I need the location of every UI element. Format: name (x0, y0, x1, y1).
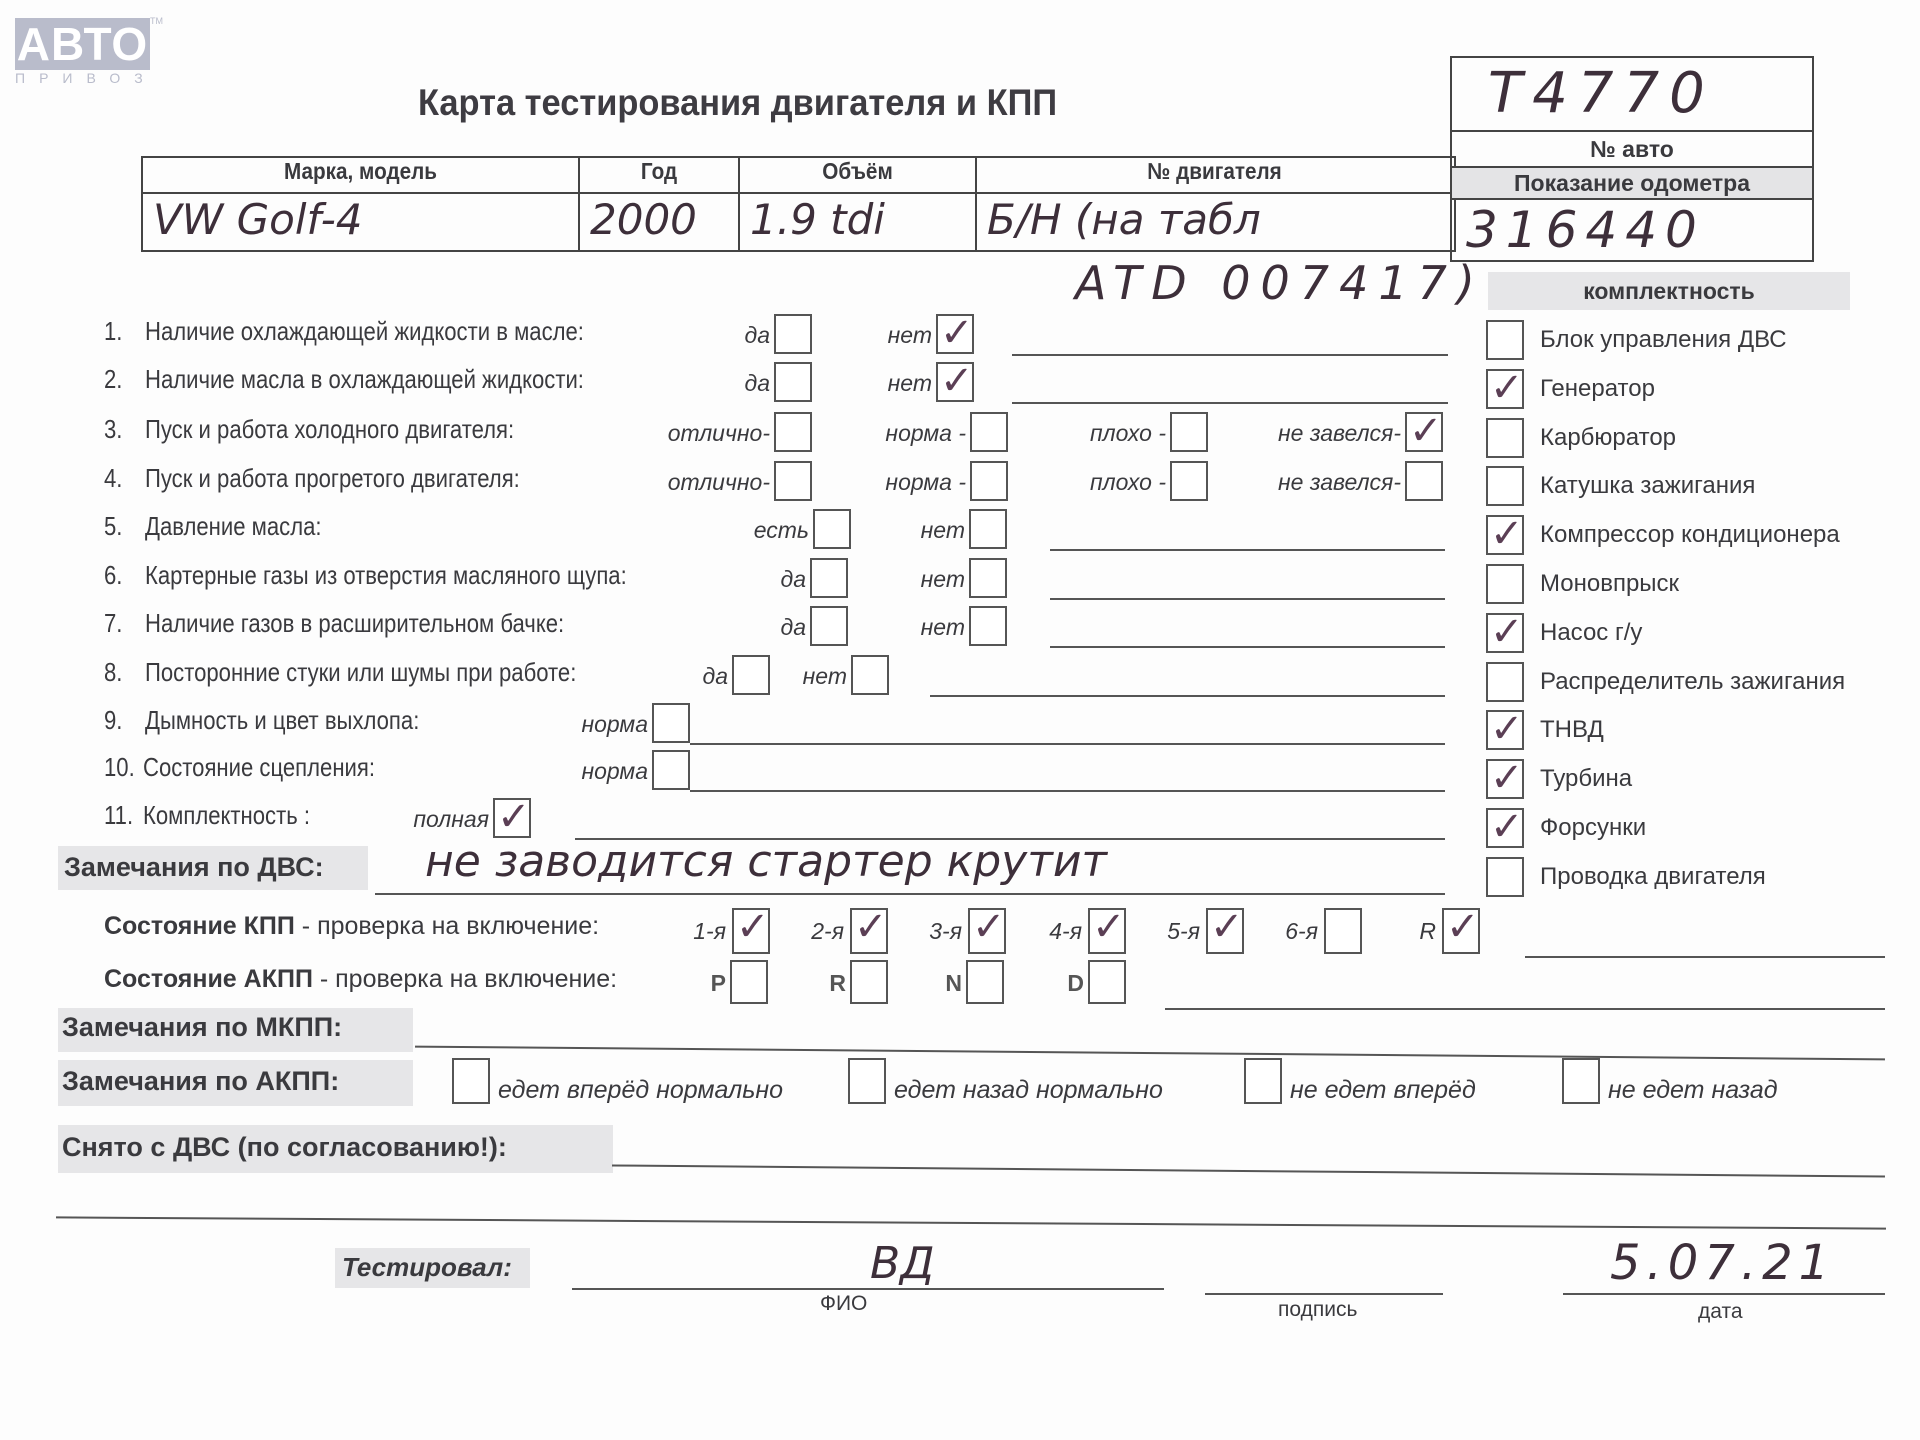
kit-item-label: Проводка двигателя (1540, 863, 1766, 891)
akpp-remark-label: не едет вперёд (1290, 1076, 1476, 1105)
akpp-remark-label: не едет назад (1608, 1076, 1778, 1105)
kit-item-label: Насос г/у (1540, 619, 1642, 647)
check-3-label: Пуск и работа холодного двигателя: (145, 414, 514, 445)
akpp-remark-checkbox[interactable] (1562, 1058, 1600, 1104)
akpp-remark-checkbox[interactable] (1244, 1058, 1282, 1104)
check-9-label: Дымность и цвет выхлопа: (145, 705, 419, 736)
check-11-number: 11. (104, 800, 133, 831)
check-6-notes-line[interactable] (1050, 598, 1445, 600)
removed-label: Снято с ДВС (по согласованию!): (62, 1132, 507, 1163)
gear-checkbox[interactable] (1088, 908, 1126, 954)
check-4-number: 4. (104, 463, 122, 494)
logo: АВТО (15, 18, 150, 70)
check-2-option-label: да (744, 370, 770, 397)
gear-label: 3-я (929, 918, 962, 945)
check-7-option-label: да (780, 614, 806, 641)
kit-checkbox[interactable] (1486, 613, 1524, 653)
kit-item-label: ТНВД (1540, 716, 1604, 744)
akpp-position-checkbox[interactable] (966, 960, 1004, 1004)
check-11-checkbox[interactable] (493, 798, 531, 838)
odometer-label: Показание одометра (1452, 168, 1812, 200)
kit-checkbox[interactable] (1486, 515, 1524, 555)
divider (56, 1216, 1886, 1229)
check-3-option-label: норма - (885, 420, 966, 447)
car-info-box: T4770 № авто Показание одометра 316440 (1450, 56, 1814, 262)
check-4-checkbox[interactable] (774, 461, 812, 501)
kit-header: комплектность (1488, 278, 1850, 305)
kit-item-label: Блок управления ДВС (1540, 326, 1787, 354)
tested-by-label: Тестировал: (342, 1252, 512, 1283)
engine-no-field[interactable]: Б/Н (на табл (977, 192, 1452, 248)
kit-checkbox[interactable] (1486, 662, 1524, 702)
date-line (1563, 1293, 1885, 1295)
kit-checkbox[interactable] (1486, 710, 1524, 750)
kit-item-label: Катушка зажигания (1540, 472, 1755, 500)
check-3-option-label: отлично- (668, 420, 770, 447)
check-3-option-label: не завелся- (1278, 420, 1401, 447)
akpp-remark-label: едет вперёд нормально (498, 1076, 783, 1105)
check-11-label: Комплектность : (143, 800, 310, 831)
check-5-checkbox[interactable] (969, 509, 1007, 549)
kit-checkbox[interactable] (1486, 857, 1524, 897)
check-10-notes-line[interactable] (690, 790, 1445, 792)
check-7-checkbox[interactable] (810, 606, 848, 646)
check-9-notes-line[interactable] (690, 743, 1445, 745)
akpp-label: Состояние АКПП - проверка на включение: (104, 965, 617, 994)
check-7-option-label: нет (921, 614, 965, 641)
check-1-notes-line[interactable] (1012, 354, 1448, 356)
check-9-number: 9. (104, 705, 122, 736)
check-8-notes-line[interactable] (930, 695, 1445, 697)
check-4-checkbox[interactable] (970, 461, 1008, 501)
name-line (572, 1288, 1164, 1290)
check-7-checkbox[interactable] (969, 606, 1007, 646)
signature-line[interactable] (1205, 1293, 1443, 1295)
check-8-checkbox[interactable] (732, 655, 770, 695)
gear-label: 1-я (693, 918, 726, 945)
check-3-checkbox[interactable] (774, 412, 812, 452)
gear-checkbox[interactable] (968, 908, 1006, 954)
gear-checkbox[interactable] (850, 908, 888, 954)
check-4-checkbox[interactable] (1170, 461, 1208, 501)
col-year: Год 2000 (580, 158, 740, 250)
kit-item-label: Компрессор кондиционера (1540, 521, 1840, 549)
check-3-number: 3. (104, 414, 122, 445)
check-4-option-label: норма - (885, 469, 966, 496)
tester-name-field[interactable]: ВД (870, 1238, 935, 1289)
check-1-label: Наличие охлаждающей жидкости в масле: (145, 316, 584, 347)
akpp-remark-label: едет назад нормально (894, 1076, 1163, 1105)
check-1-number: 1. (104, 316, 122, 347)
header-model: Марка, модель (165, 158, 557, 192)
check-3-checkbox[interactable] (1170, 412, 1208, 452)
odometer-field[interactable]: 316440 (1452, 200, 1812, 260)
check-9-checkbox[interactable] (652, 703, 690, 743)
check-3-checkbox[interactable] (970, 412, 1008, 452)
akpp-position-checkbox[interactable] (730, 960, 768, 1004)
gear-label: 6-я (1285, 918, 1318, 945)
check-6-option-label: да (780, 566, 806, 593)
kpp-label-bold: Состояние КПП (104, 912, 295, 940)
kit-item-label: Форсунки (1540, 814, 1646, 842)
check-2-option-label: нет (888, 370, 932, 397)
check-2-checkbox[interactable] (936, 362, 974, 402)
car-number-label: № авто (1452, 132, 1812, 168)
check-8-checkbox[interactable] (851, 655, 889, 695)
kit-item-label: Турбина (1540, 765, 1632, 793)
col-engine-no: № двигателя Б/Н (на табл (977, 158, 1452, 250)
check-8-option-label: да (702, 663, 728, 690)
check-8-label: Посторонние стуки или шумы при работе: (145, 657, 576, 688)
col-volume: Объём 1.9 tdi (740, 158, 977, 250)
header-year: Год (588, 158, 730, 192)
gear-checkbox[interactable] (1206, 908, 1244, 954)
gear-label: 2-я (811, 918, 844, 945)
kit-checkbox[interactable] (1486, 418, 1524, 458)
engine-no-continuation: ATD 007417) (1075, 256, 1485, 310)
akpp-position-label: D (1067, 970, 1084, 997)
logo-trademark: TM (150, 16, 163, 26)
check-2-label: Наличие масла в охлаждающей жидкости: (145, 364, 584, 395)
check-9-option-label: норма (581, 711, 648, 738)
kit-checkbox[interactable] (1486, 564, 1524, 604)
check-3-checkbox[interactable] (1405, 412, 1443, 452)
check-3-option-label: плохо - (1090, 420, 1166, 447)
check-5-label: Давление масла: (145, 511, 322, 542)
check-7-label: Наличие газов в расширительном бачке: (145, 608, 564, 639)
akpp-remarks-label: Замечания по АКПП: (62, 1066, 339, 1097)
akpp-remark-checkbox[interactable] (848, 1058, 886, 1104)
kit-checkbox[interactable] (1486, 466, 1524, 506)
akpp-position-label: P (711, 970, 726, 997)
check-2-number: 2. (104, 364, 122, 395)
akpp-label-bold: Состояние АКПП (104, 965, 313, 993)
year-field[interactable]: 2000 (580, 192, 738, 248)
check-7-notes-line[interactable] (1050, 646, 1445, 648)
date-caption: дата (1698, 1300, 1743, 1324)
check-5-checkbox[interactable] (813, 509, 851, 549)
check-6-option-label: нет (921, 566, 965, 593)
volume-field[interactable]: 1.9 tdi (740, 192, 975, 248)
gear-label: R (1419, 918, 1436, 945)
check-1-checkbox[interactable] (774, 314, 812, 354)
header-engine-no: № двигателя (1001, 158, 1429, 192)
check-2-checkbox[interactable] (774, 362, 812, 402)
check-6-number: 6. (104, 560, 122, 591)
gear-label: 5-я (1167, 918, 1200, 945)
akpp-line (1165, 1008, 1885, 1010)
engine-remarks-field[interactable]: не заводится стартер крутит (425, 836, 1107, 887)
akpp-position-label: N (945, 970, 962, 997)
gear-label: 4-я (1049, 918, 1082, 945)
model-field[interactable]: VW Golf-4 (143, 192, 578, 248)
mkpp-remarks-label: Замечания по МКПП: (62, 1012, 342, 1043)
gear-checkbox[interactable] (732, 908, 770, 954)
kit-item-label: Генератор (1540, 375, 1655, 403)
mkpp-remarks-line[interactable] (415, 1046, 1885, 1061)
date-field[interactable]: 5.07.21 (1610, 1235, 1835, 1291)
kit-checkbox[interactable] (1486, 759, 1524, 799)
check-2-notes-line[interactable] (1012, 402, 1448, 404)
check-8-option-label: нет (803, 663, 847, 690)
kit-checkbox[interactable] (1486, 320, 1524, 360)
vehicle-table: Марка, модель VW Golf-4 Год 2000 Объём 1… (141, 156, 1456, 252)
signature-caption: подпись (1278, 1298, 1357, 1322)
page-title: Карта тестирования двигателя и КПП (418, 82, 1057, 124)
kit-item-label: Карбюратор (1540, 424, 1676, 452)
col-model: Марка, модель VW Golf-4 (143, 158, 580, 250)
check-5-number: 5. (104, 511, 122, 542)
check-10-checkbox[interactable] (652, 750, 690, 790)
kit-item-label: Распределитель зажигания (1540, 668, 1845, 696)
removed-line[interactable] (612, 1164, 1885, 1177)
check-5-notes-line[interactable] (1050, 549, 1445, 551)
header-volume: Объём (752, 158, 964, 192)
akpp-remark-checkbox[interactable] (452, 1058, 490, 1104)
check-10-option-label: норма (581, 758, 648, 785)
kit-checkbox[interactable] (1486, 808, 1524, 848)
check-4-option-label: отлично- (668, 469, 770, 496)
akpp-position-checkbox[interactable] (1088, 960, 1126, 1004)
kit-checkbox[interactable] (1486, 369, 1524, 409)
check-4-label: Пуск и работа прогретого двигателя: (145, 463, 520, 494)
gear-checkbox[interactable] (1442, 908, 1480, 954)
kpp-line (1525, 956, 1885, 958)
check-7-number: 7. (104, 608, 122, 639)
check-5-option-label: есть (754, 517, 809, 544)
check-1-option-label: нет (888, 322, 932, 349)
logo-subtitle: ПРИВОЗ (15, 70, 157, 86)
engine-remarks-line (375, 893, 1445, 895)
check-1-checkbox[interactable] (936, 314, 974, 354)
akpp-label-rest: - проверка на включение: (313, 965, 617, 993)
gear-checkbox[interactable] (1324, 908, 1362, 954)
check-10-number: 10. (104, 752, 135, 783)
check-1-option-label: да (744, 322, 770, 349)
kit-item-label: Моновпрыск (1540, 570, 1679, 598)
kpp-label: Состояние КПП - проверка на включение: (104, 912, 599, 941)
check-4-option-label: плохо - (1090, 469, 1166, 496)
akpp-position-label: R (829, 970, 846, 997)
check-6-checkbox[interactable] (969, 558, 1007, 598)
kpp-label-rest: - проверка на включение: (295, 912, 599, 940)
check-5-option-label: нет (921, 517, 965, 544)
check-11-option-label: полная (413, 806, 489, 833)
check-8-number: 8. (104, 657, 122, 688)
check-10-label: Состояние сцепления: (143, 752, 375, 783)
check-4-option-label: не завелся- (1278, 469, 1401, 496)
name-caption: ФИО (820, 1292, 867, 1316)
car-number-field[interactable]: T4770 (1452, 58, 1812, 132)
engine-remarks-label: Замечания по ДВС: (64, 852, 324, 883)
akpp-position-checkbox[interactable] (850, 960, 888, 1004)
check-6-checkbox[interactable] (810, 558, 848, 598)
check-4-checkbox[interactable] (1405, 461, 1443, 501)
check-6-label: Картерные газы из отверстия масляного щу… (145, 560, 627, 591)
